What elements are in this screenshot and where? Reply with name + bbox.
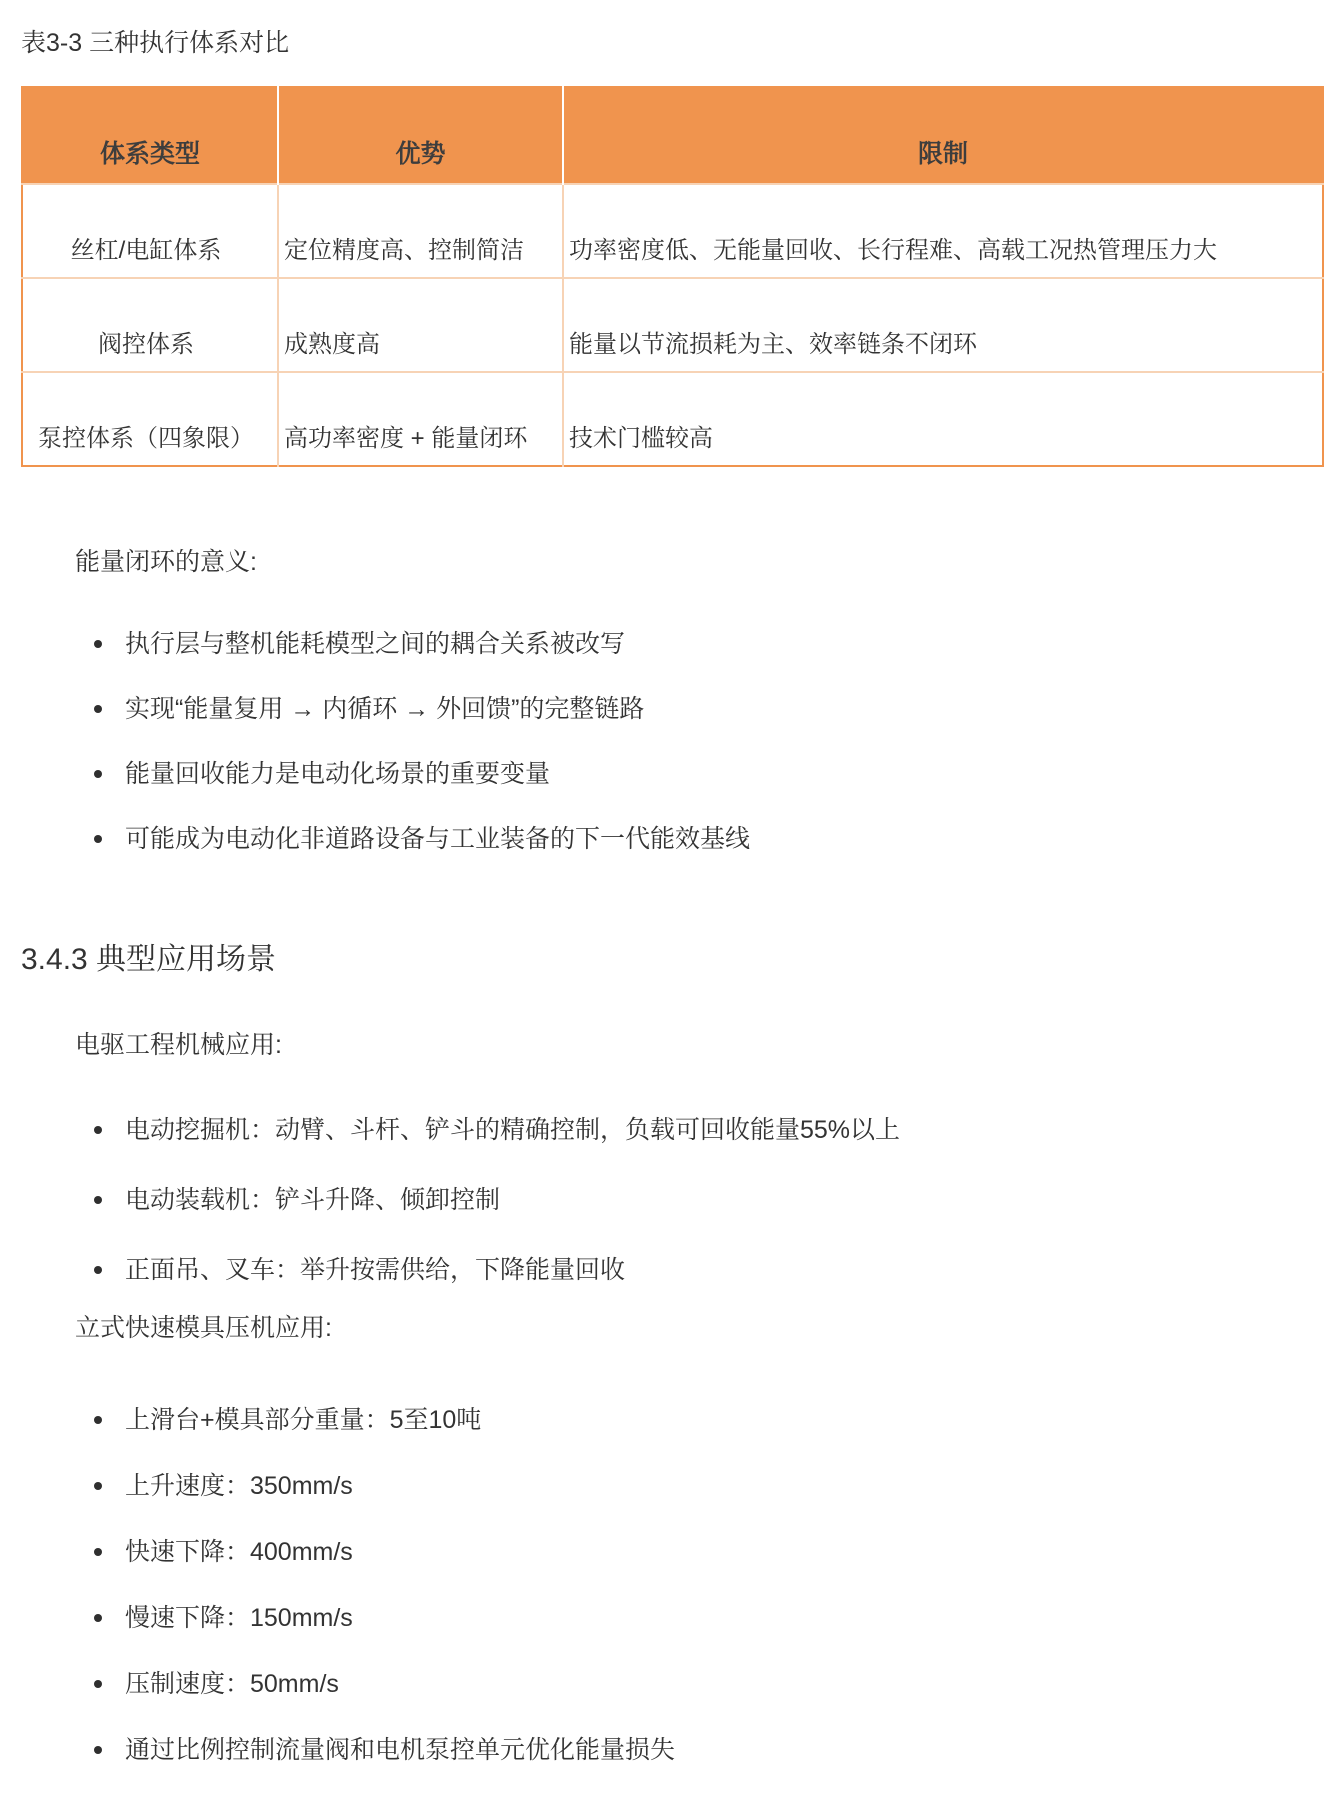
list-item-text: 正面吊、叉车：举升按需供给，下降能量回收 (125, 1256, 625, 1284)
table-cell-limitation: 技术门槛较高 (563, 372, 1323, 466)
bullet-icon (94, 1614, 102, 1622)
table-header-type: 体系类型 (22, 87, 278, 184)
table-row: 丝杠/电缸体系 定位精度高、控制简洁 功率密度低、无能量回收、长行程难、高载工况… (22, 184, 1323, 278)
list-item: 通过比例控制流量阀和电机泵控单元优化能量损失 (21, 1733, 1330, 1767)
table-cell-limitation: 功率密度低、无能量回收、长行程难、高载工况热管理压力大 (563, 184, 1323, 278)
table-cell-advantage: 成熟度高 (278, 278, 563, 372)
list-item-text: 电动挖掘机：动臂、斗杆、铲斗的精确控制，负载可回收能量55%以上 (125, 1116, 900, 1144)
bullet-list-press: 上滑台+模具部分重量：5至10吨 上升速度：350mm/s 快速下降：400mm… (21, 1403, 1330, 1767)
bullet-icon (94, 1266, 102, 1274)
paragraph-label-energy-loop: 能量闭环的意义: (75, 547, 1330, 577)
bullet-icon (94, 705, 102, 713)
section-heading: 3.4.3 典型应用场景 (21, 942, 1330, 978)
comparison-table: 体系类型 优势 限制 丝杠/电缸体系 定位精度高、控制简洁 功率密度低、无能量回… (21, 86, 1324, 467)
table-header-advantage: 优势 (278, 87, 563, 184)
table-cell-type: 泵控体系（四象限） (22, 372, 278, 466)
table-cell-advantage: 高功率密度 + 能量闭环 (278, 372, 563, 466)
bullet-icon (94, 1126, 102, 1134)
list-item-text: 上升速度：350mm/s (125, 1472, 353, 1500)
paragraph-label-machinery: 电驱工程机械应用: (75, 1030, 1330, 1060)
bullet-icon (94, 1482, 102, 1490)
bullet-list-energy-loop: 执行层与整机能耗模型之间的耦合关系被改写 实现“能量复用 → 内循环 → 外回馈… (21, 627, 1330, 856)
table-header-row: 体系类型 优势 限制 (22, 87, 1323, 184)
bullet-icon (94, 1746, 102, 1754)
document-page: 表3-3 三种执行体系对比 体系类型 优势 限制 丝杠/电缸体系 定位精度高、控… (0, 0, 1330, 1797)
list-item-text: 能量回收能力是电动化场景的重要变量 (125, 760, 550, 788)
bullet-list-machinery: 电动挖掘机：动臂、斗杆、铲斗的精确控制，负载可回收能量55%以上 电动装载机：铲… (21, 1113, 1330, 1287)
list-item: 快速下降：400mm/s (21, 1535, 1330, 1569)
bullet-icon (94, 1548, 102, 1556)
table-cell-advantage: 定位精度高、控制简洁 (278, 184, 563, 278)
list-item-text: 执行层与整机能耗模型之间的耦合关系被改写 (125, 630, 625, 658)
list-item-text: 慢速下降：150mm/s (125, 1604, 353, 1632)
bullet-icon (94, 1416, 102, 1424)
table-cell-type: 丝杠/电缸体系 (22, 184, 278, 278)
bullet-icon (94, 835, 102, 843)
bullet-icon (94, 770, 102, 778)
list-item: 电动装载机：铲斗升降、倾卸控制 (21, 1183, 1330, 1217)
list-item: 能量回收能力是电动化场景的重要变量 (21, 757, 1330, 791)
list-item: 可能成为电动化非道路设备与工业装备的下一代能效基线 (21, 822, 1330, 856)
list-item-text: 可能成为电动化非道路设备与工业装备的下一代能效基线 (125, 825, 750, 853)
table-header-limitation: 限制 (563, 87, 1323, 184)
list-item: 压制速度：50mm/s (21, 1667, 1330, 1701)
table-cell-type: 阀控体系 (22, 278, 278, 372)
list-item-text: 通过比例控制流量阀和电机泵控单元优化能量损失 (125, 1736, 675, 1764)
list-item-text: 快速下降：400mm/s (125, 1538, 353, 1566)
list-item: 正面吊、叉车：举升按需供给，下降能量回收 (21, 1253, 1330, 1287)
list-item: 上升速度：350mm/s (21, 1469, 1330, 1503)
list-item: 电动挖掘机：动臂、斗杆、铲斗的精确控制，负载可回收能量55%以上 (21, 1113, 1330, 1147)
list-item: 上滑台+模具部分重量：5至10吨 (21, 1403, 1330, 1437)
paragraph-label-press: 立式快速模具压机应用: (75, 1313, 1330, 1343)
list-item: 实现“能量复用 → 内循环 → 外回馈”的完整链路 (21, 692, 1330, 726)
list-item-text: 实现“能量复用 → 内循环 → 外回馈”的完整链路 (125, 695, 644, 723)
table-cell-limitation: 能量以节流损耗为主、效率链条不闭环 (563, 278, 1323, 372)
list-item: 执行层与整机能耗模型之间的耦合关系被改写 (21, 627, 1330, 661)
table-row: 阀控体系 成熟度高 能量以节流损耗为主、效率链条不闭环 (22, 278, 1323, 372)
table-row: 泵控体系（四象限） 高功率密度 + 能量闭环 技术门槛较高 (22, 372, 1323, 466)
list-item-text: 上滑台+模具部分重量：5至10吨 (125, 1406, 481, 1434)
bullet-icon (94, 1196, 102, 1204)
list-item-text: 压制速度：50mm/s (125, 1670, 339, 1698)
bullet-icon (94, 1680, 102, 1688)
list-item-text: 电动装载机：铲斗升降、倾卸控制 (125, 1186, 500, 1214)
bullet-icon (94, 640, 102, 648)
table-caption: 表3-3 三种执行体系对比 (21, 28, 1330, 58)
list-item: 慢速下降：150mm/s (21, 1601, 1330, 1635)
